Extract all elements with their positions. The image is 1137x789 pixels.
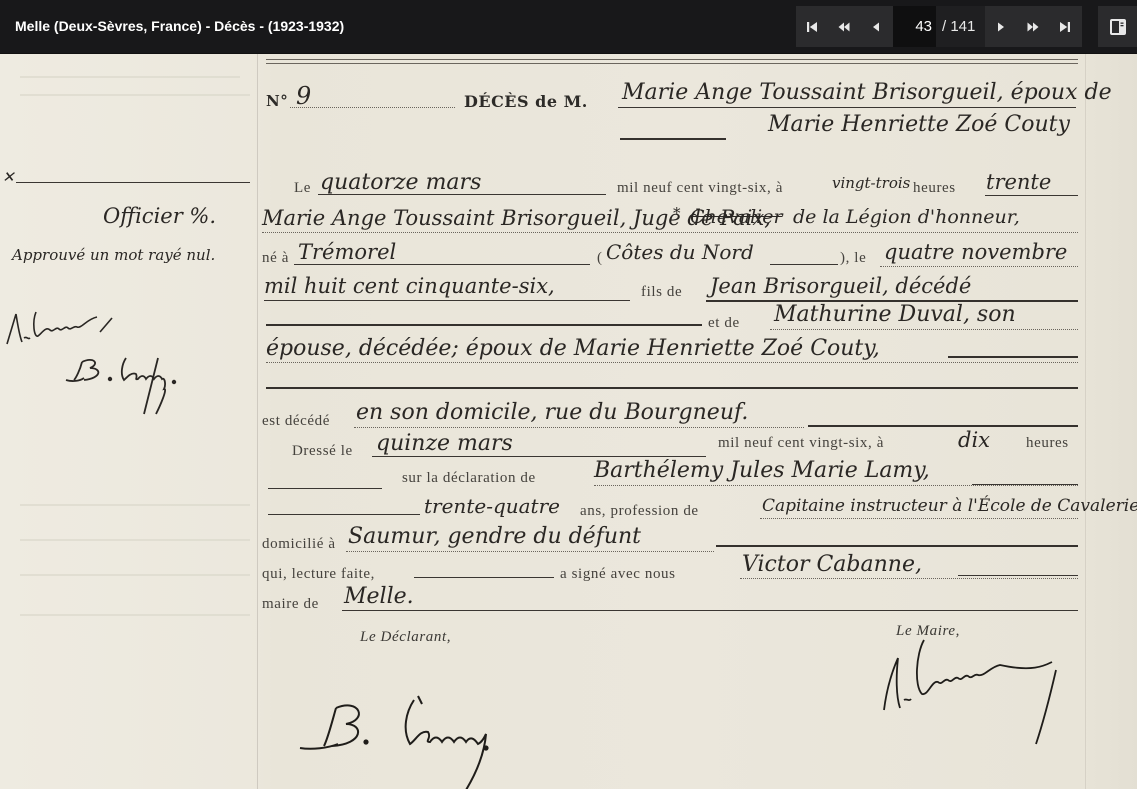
rule [770,329,1078,330]
mother-name: Mathurine Duval, son [774,302,1016,327]
label-ne-a: né à [262,250,289,267]
declarant-profession: Capitaine instructeur à l'École de Caval… [762,496,1137,516]
rule [264,300,630,301]
label-dresse-le: Dressé le [292,443,353,460]
fast-forward-button[interactable] [1017,6,1049,47]
margin-declarant-initials [62,354,252,429]
toggle-side-panel-button[interactable] [1098,6,1137,47]
rule [294,264,590,265]
label-maire-de: maire de [262,596,319,613]
death-hour: vingt-trois [832,174,910,192]
page-number-input[interactable] [893,6,936,47]
pager-back-group [796,6,893,47]
town-name: Melle. [344,584,414,609]
label-et-de: et de [708,315,740,332]
rule [760,518,1078,519]
rule [958,575,1078,576]
label-year-2: mil neuf cent vingt-six, à [718,435,884,452]
record-date: quinze mars [376,431,513,456]
right-column-divider [1085,54,1086,789]
rule [972,484,1078,485]
next-page-button[interactable] [985,6,1017,47]
rule [268,514,420,515]
rule [948,356,1078,358]
father-name: Jean Brisorgueil, décédé [710,274,971,298]
rewind-icon [838,21,850,33]
header-double-rule [266,59,1078,64]
label-lecture-faite: qui, lecture faite, [262,566,375,583]
label-year: mil neuf cent vingt-six, à [617,180,783,197]
label-fils-de: fils de [641,284,682,301]
bleed-through-line [20,539,250,541]
rule [342,610,1078,611]
first-page-button[interactable] [796,6,828,47]
bleed-through-line [20,614,250,616]
mayor-signature [880,636,1080,751]
death-minutes: trente [986,170,1051,194]
label-heures-2: heures [1026,435,1069,452]
rule [594,485,1078,486]
rule [716,545,1078,547]
paren-open: ( [597,250,603,267]
label-heures: heures [913,180,956,197]
rule [770,264,838,265]
act-number: 9 [296,82,311,110]
last-page-icon [1059,21,1071,33]
rule [346,551,714,552]
margin-approval-note: Approuvé un mot rayé nul. [12,246,215,264]
struck-word: Chevalier [690,206,783,228]
bleed-through-line [20,94,250,96]
last-page-button[interactable] [1049,6,1081,47]
fast-forward-icon [1027,21,1039,33]
label-le-2: ), le [840,250,866,267]
rewind-button[interactable] [828,6,860,47]
rule [262,232,1078,233]
rule [354,427,804,428]
record-hour: dix [958,428,990,452]
side-panel-icon [1110,19,1126,35]
rule [372,456,706,457]
pager-forward-group [985,6,1082,47]
rule [266,387,1078,389]
honor-title: de la Légion d'honneur, [793,206,1020,228]
margin-divider [257,54,258,789]
heading-short-rule [620,138,726,140]
deceased-name: Marie Ange Toussaint Brisorgueil, époux … [622,80,1112,105]
label-le: Le [294,180,311,197]
birth-year: mil huit cent cinquante-six, [264,274,555,298]
label-ans-profession: ans, profession de [580,503,699,520]
rule [266,362,1078,363]
declarant-name: Barthélemy Jules Marie Lamy, [594,458,930,483]
label-signe-avec: a signé avec nous [560,566,676,583]
rule [740,578,1078,579]
previous-page-button[interactable] [860,6,892,47]
death-date: quatorze mars [320,170,481,195]
death-place: en son domicile, rue du Bourgneuf. [356,400,748,425]
rule [880,266,1078,267]
label-declaration: sur la déclaration de [402,470,536,487]
rule [414,577,554,578]
asterisk-mark: * [673,204,681,222]
rule [318,194,606,195]
document-image-viewport[interactable]: ✕ Officier %. Approuvé un mot rayé nul. … [0,54,1137,789]
previous-page-icon [870,21,882,33]
label-est-decede: est décédé [262,413,330,430]
margin-cross-mark: ✕ [2,168,15,186]
declarant-residence: Saumur, gendre du défunt [348,524,641,549]
mayor-name: Victor Cabanne, [742,552,922,577]
document-title: Melle (Deux-Sèvres, France) - Décès - (1… [15,18,344,34]
first-page-icon [806,21,818,33]
act-type-heading: DÉCÈS de M. [464,92,588,111]
label-domicilie: domicilié à [262,536,336,553]
rule [985,195,1078,196]
rule [808,425,1078,427]
spouse-name: Marie Henriette Zoé Couty [768,112,1070,137]
margin-rule [16,182,250,183]
declarant-signature [298,692,598,789]
viewer-toolbar: Melle (Deux-Sèvres, France) - Décès - (1… [0,0,1137,54]
bleed-through-line [20,76,240,78]
next-page-icon [995,21,1007,33]
birth-date: quatre novembre [884,240,1067,264]
act-number-label: N° [266,92,288,110]
birth-department: Côtes du Nord [606,240,754,264]
bleed-through-line [20,504,250,506]
bleed-through-line [20,574,250,576]
page-total: / 141 [936,18,975,35]
rule [268,488,382,489]
rule [266,324,702,326]
page-indicator: / 141 [893,6,985,47]
declarant-label: Le Déclarant, [360,629,451,646]
declarant-age: trente-quatre [424,494,560,518]
margin-officier: Officier %. [103,204,216,228]
heading-rule [290,107,455,108]
birth-place: Trémorel [298,240,396,264]
heading-name-rule [618,107,1076,108]
mother-status-spouse: épouse, décédée; époux de Marie Henriett… [266,336,880,361]
